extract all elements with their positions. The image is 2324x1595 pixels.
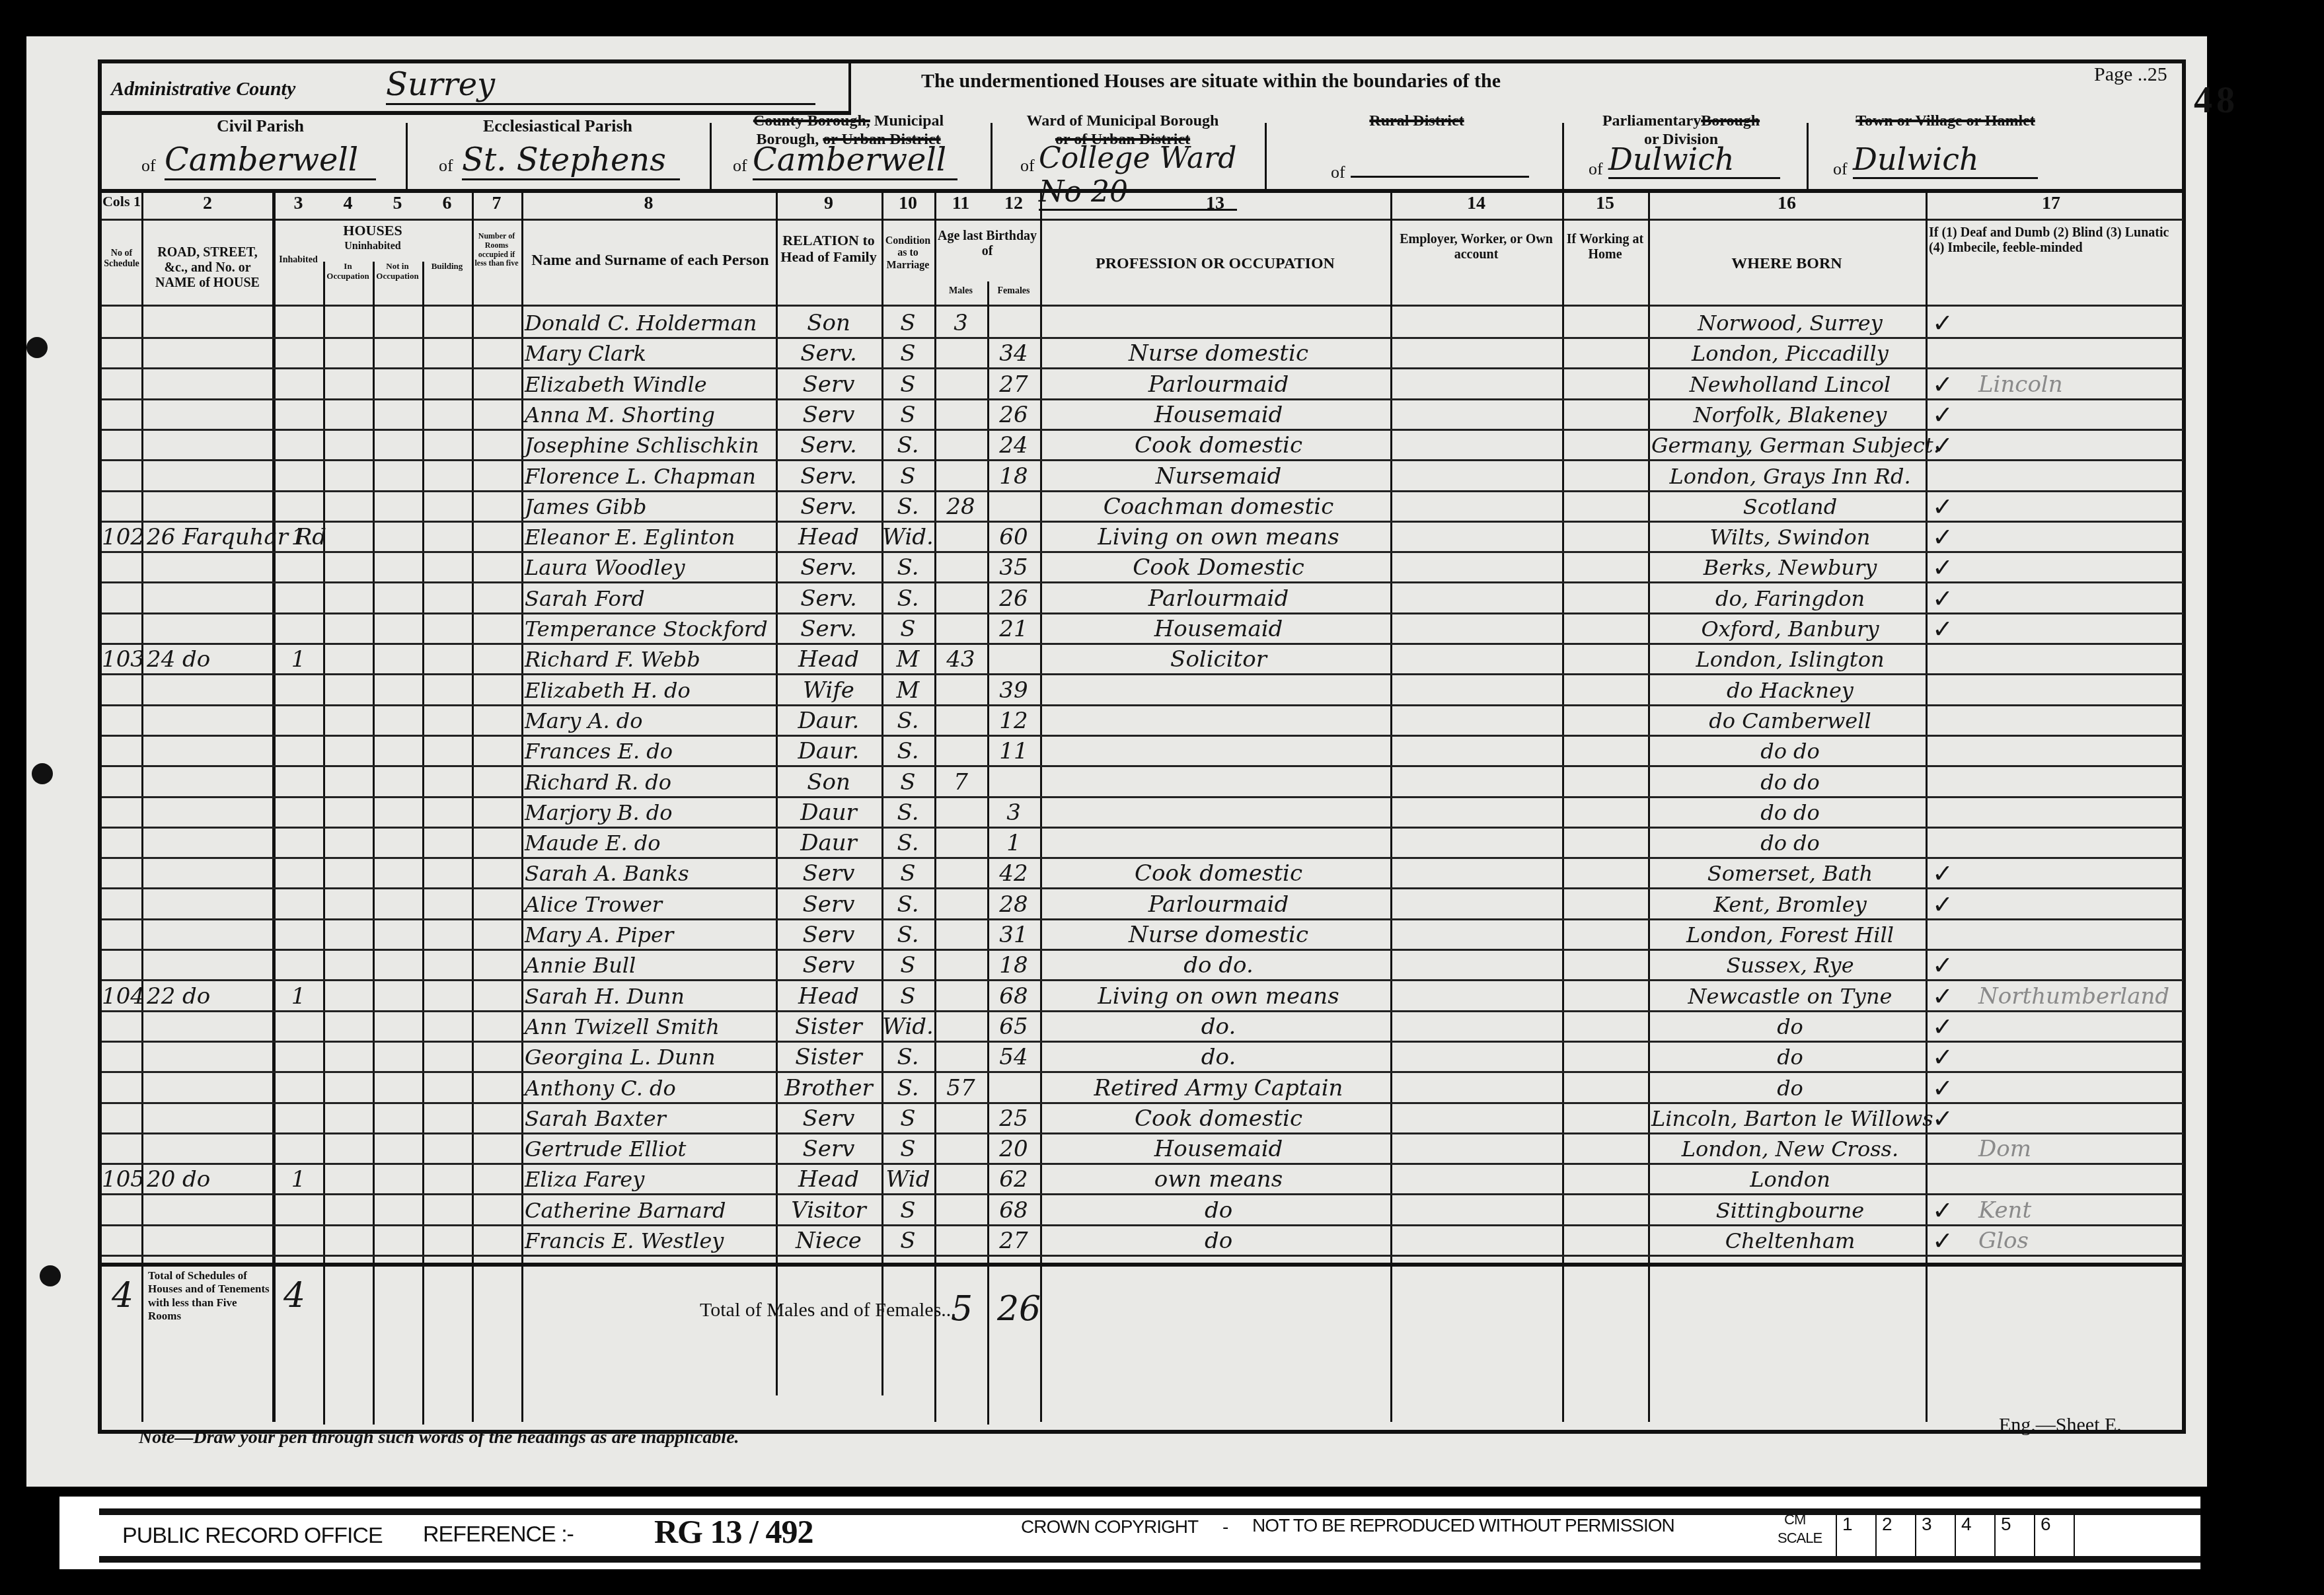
col-number: 5 (373, 193, 422, 214)
address (147, 400, 272, 430)
male-age: 3 (934, 308, 987, 338)
male-age (934, 1195, 987, 1226)
condition: S. (881, 552, 934, 583)
inhabited-count (274, 400, 323, 430)
archive-footer: PUBLIC RECORD OFFICE REFERENCE :- RG 13 … (59, 1497, 2200, 1569)
margin-annotation (1978, 889, 2177, 920)
occupation-header: PROFESSION OR OCCUPATION (1040, 255, 1390, 274)
person-name: Ann Twizell Smith (525, 1012, 776, 1042)
address: 26 Farquhar Rd (147, 522, 272, 552)
occupation (1053, 706, 1384, 736)
inhabited-count (274, 1012, 323, 1042)
relation: Serv. (779, 461, 878, 492)
table-row: 10520 do1Eliza FareyHeadWid62own meansLo… (102, 1164, 2183, 1195)
occupation: Housemaid (1053, 1134, 1384, 1164)
road-header: ROAD, STREET, &c., and No. or NAME of HO… (145, 245, 270, 291)
check-mark-icon: ✓ (1932, 1073, 1972, 1103)
check-mark-icon: ✓ (1932, 369, 1972, 400)
check-mark-icon (1932, 736, 1972, 766)
condition: M (881, 675, 934, 706)
inhabited-count (274, 675, 323, 706)
condition: S (881, 767, 934, 797)
condition: S (881, 308, 934, 338)
female-age (987, 644, 1040, 675)
condition: S (881, 981, 934, 1012)
table-row: Florence L. ChapmanServ.S18NursemaidLond… (102, 461, 2183, 492)
female-age: 39 (987, 675, 1040, 706)
male-age (934, 981, 987, 1012)
where-born: do (1651, 1073, 1929, 1103)
condition: Wid. (881, 1012, 934, 1042)
female-age: 3 (987, 797, 1040, 828)
schedule-number (102, 308, 141, 338)
schedule-number (102, 430, 141, 461)
table-row: Sarah A. BanksServS42Cook domesticSomers… (102, 858, 2183, 889)
male-age: 28 (934, 492, 987, 522)
check-mark-icon: ✓ (1932, 614, 1972, 644)
schedule-number (102, 828, 141, 858)
schedule-number (102, 675, 141, 706)
schedule-number: 105 (102, 1164, 141, 1195)
of-label: of (1331, 163, 1345, 182)
table-row: 10422 do1Sarah H. DunnHeadS68Living on o… (102, 981, 2183, 1012)
margin-annotation (1978, 1012, 2177, 1042)
check-mark-icon (1932, 767, 1972, 797)
table-row: Ann Twizell SmithSisterWid.65do.do✓ (102, 1012, 2183, 1042)
relation: Serv. (779, 583, 878, 614)
person-name: Eleanor E. Eglinton (525, 522, 776, 552)
condition: S (881, 1226, 934, 1256)
col-number: 16 (1648, 193, 1926, 214)
relation: Serv (779, 1103, 878, 1134)
person-name: Gertrude Elliot (525, 1134, 776, 1164)
male-age (934, 1012, 987, 1042)
condition: S (881, 858, 934, 889)
table-row: Donald C. HoldermanSonS3Norwood, Surrey✓ (102, 308, 2183, 338)
borough-value: Camberwell (753, 141, 957, 180)
where-born: do do (1651, 767, 1929, 797)
county-value: Surrey (386, 66, 815, 105)
relation: Daur (779, 797, 878, 828)
schedule-number (102, 338, 141, 369)
male-age (934, 736, 987, 766)
civil-parish-label: Civil Parish (122, 116, 399, 136)
relation: Sister (779, 1042, 878, 1072)
male-age (934, 1226, 987, 1256)
margin-annotation (1978, 1164, 2177, 1195)
working-home-header: If Working at Home (1565, 232, 1645, 262)
margin-annotation (1978, 461, 2177, 492)
male-age (934, 950, 987, 981)
label-text: Ward of Municipal Borough (1027, 112, 1219, 130)
relation: Daur. (779, 736, 878, 766)
margin-annotation (1978, 767, 2177, 797)
occupation (1053, 675, 1384, 706)
inhabited-count (274, 1073, 323, 1103)
male-age (934, 583, 987, 614)
struck-text: Town or Village or Hamlet (1855, 112, 2035, 130)
condition: Wid (881, 1164, 934, 1195)
margin-annotation (1978, 950, 2177, 981)
where-born: London, Grays Inn Rd. (1651, 461, 1929, 492)
address (147, 706, 272, 736)
check-mark-icon (1932, 828, 1972, 858)
page-number: 25 (2148, 63, 2167, 85)
check-mark-icon: ✓ (1932, 1226, 1972, 1256)
male-age (934, 675, 987, 706)
schedules-total: 4 (112, 1276, 133, 1316)
separator: - (1222, 1516, 1228, 1538)
relation: Son (779, 767, 878, 797)
margin-annotation (1978, 583, 2177, 614)
schedule-number (102, 797, 141, 828)
male-age (934, 797, 987, 828)
condition: S (881, 1103, 934, 1134)
condition: S (881, 400, 934, 430)
condition: S. (881, 889, 934, 920)
margin-annotation (1978, 644, 2177, 675)
person-name: Richard R. do (525, 767, 776, 797)
inhabited-count: 1 (274, 981, 323, 1012)
condition: S. (881, 920, 934, 950)
of-label: of (1020, 156, 1035, 176)
table-row: Maude E. doDaurS.1do do (102, 828, 2183, 858)
condition: S. (881, 828, 934, 858)
check-mark-icon (1932, 920, 1972, 950)
female-age: 31 (987, 920, 1040, 950)
relation: Serv. (779, 430, 878, 461)
inhabited-count (274, 1226, 323, 1256)
inhabited-count (274, 889, 323, 920)
check-mark-icon: ✓ (1932, 430, 1972, 461)
female-age: 20 (987, 1134, 1040, 1164)
person-name: Sarah Baxter (525, 1103, 776, 1134)
binder-hole (32, 763, 53, 784)
scale-tick-end (2074, 1514, 2075, 1556)
occupation: do. (1053, 1012, 1384, 1042)
occupation: Housemaid (1053, 400, 1384, 430)
occupation: Solicitor (1053, 644, 1384, 675)
schedule-number: 104 (102, 981, 141, 1012)
male-age (934, 338, 987, 369)
label-text: Parliamentary (1602, 112, 1701, 130)
inhabited-count (274, 1134, 323, 1164)
of-label: of (733, 156, 747, 176)
occupation: Living on own means (1053, 981, 1384, 1012)
table-row: Josephine SchlischkinServ.S.24Cook domes… (102, 430, 2183, 461)
male-age: 7 (934, 767, 987, 797)
address (147, 767, 272, 797)
town-value: Dulwich (1853, 141, 2038, 179)
person-name: Sarah A. Banks (525, 858, 776, 889)
inhabited-count (274, 583, 323, 614)
occupation: Cook domestic (1053, 858, 1384, 889)
table-row: James GibbServ.S.28Coachman domesticScot… (102, 492, 2183, 522)
page-indicator: Page ..25 (2094, 63, 2167, 86)
scale-label-cm: CM (1784, 1511, 1805, 1528)
sheet-label: Eng.—Sheet E. (1999, 1414, 2122, 1436)
where-born: Newcastle on Tyne (1651, 981, 1929, 1012)
relation: Head (779, 644, 878, 675)
female-age: 28 (987, 889, 1040, 920)
ecclesiastical-parish-value: St. Stephens (462, 141, 680, 180)
where-born: London, New Cross. (1651, 1134, 1929, 1164)
address (147, 950, 272, 981)
where-born: London, Islington (1651, 644, 1929, 675)
scale-tick: 5 (1994, 1514, 2033, 1556)
check-mark-icon (1932, 338, 1972, 369)
schedule-number (102, 1012, 141, 1042)
condition: S. (881, 492, 934, 522)
occupation: do do. (1053, 950, 1384, 981)
table-row: Richard R. doSonS7do do (102, 767, 2183, 797)
where-born: Germany, German Subject. (1651, 430, 1929, 461)
infirmity-header: If (1) Deaf and Dumb (2) Blind (3) Lunat… (1929, 225, 2173, 256)
occupation (1053, 736, 1384, 766)
schedule-number (102, 767, 141, 797)
address (147, 430, 272, 461)
margin-annotation: Glos (1978, 1226, 2177, 1256)
struck-text: County Borough, (753, 112, 870, 130)
census-form: Administrative County Surrey The underme… (98, 59, 2186, 1434)
females-total: 26 (997, 1289, 1041, 1329)
schedule-number (102, 1195, 141, 1226)
scale-tick: 2 (1875, 1514, 1914, 1556)
inhabited-count (274, 492, 323, 522)
female-age (987, 767, 1040, 797)
where-born: Oxford, Banbury (1651, 614, 1929, 644)
inhabited-count (274, 552, 323, 583)
male-age (934, 1134, 987, 1164)
label-text: Municipal (874, 112, 944, 130)
male-age (934, 430, 987, 461)
occupation: Nurse domestic (1053, 338, 1384, 369)
col-number: 12 (987, 193, 1040, 214)
relation: Head (779, 981, 878, 1012)
table-row: Elizabeth WindleServS27ParlourmaidNewhol… (102, 369, 2183, 400)
margin-annotation (1978, 736, 2177, 766)
occupation: Parlourmaid (1053, 889, 1384, 920)
address (147, 1195, 272, 1226)
condition: S. (881, 430, 934, 461)
check-mark-icon: ✓ (1932, 308, 1972, 338)
female-age: 27 (987, 1226, 1040, 1256)
address (147, 1042, 272, 1072)
males-females-total-label: Total of Males and of Females... (700, 1299, 956, 1321)
schedule-number (102, 369, 141, 400)
where-born: do do (1651, 828, 1929, 858)
table-row: Sarah FordServ.S.26Parlourmaiddo, Faring… (102, 583, 2183, 614)
schedules-total-label: Total of Schedules of Houses and of Tene… (148, 1269, 270, 1323)
inhabited-count (274, 797, 323, 828)
person-name: Maude E. do (525, 828, 776, 858)
employer-header: Employer, Worker, or Own account (1394, 232, 1559, 262)
margin-annotation (1978, 828, 2177, 858)
relation: Brother (779, 1073, 878, 1103)
where-born: Berks, Newbury (1651, 552, 1929, 583)
occupation: Living on own means (1053, 522, 1384, 552)
schedule-number (102, 736, 141, 766)
of-label: of (141, 156, 156, 176)
female-age: 42 (987, 858, 1040, 889)
col-number: Cols 1 (102, 193, 141, 210)
address (147, 338, 272, 369)
schedule-number (102, 1103, 141, 1134)
houses-total: 4 (283, 1276, 305, 1316)
margin-annotation (1978, 492, 2177, 522)
check-mark-icon: ✓ (1932, 889, 1972, 920)
males-total: 5 (951, 1289, 973, 1329)
table-row: 10226 Farquhar Rd1Eleanor E. EglintonHea… (102, 522, 2183, 552)
margin-annotation (1978, 552, 2177, 583)
person-name: Florence L. Chapman (525, 461, 776, 492)
table-row: Gertrude ElliotServS20HousemaidLondon, N… (102, 1134, 2183, 1164)
where-born: do (1651, 1042, 1929, 1072)
margin-annotation (1978, 920, 2177, 950)
where-born: Newholland Lincol (1651, 369, 1929, 400)
condition: Wid. (881, 522, 934, 552)
male-age (934, 889, 987, 920)
inhabited-count (274, 430, 323, 461)
where-born: Kent, Bromley (1651, 889, 1929, 920)
inhabited-count (274, 828, 323, 858)
person-name: Elizabeth Windle (525, 369, 776, 400)
male-age: 57 (934, 1073, 987, 1103)
check-mark-icon: ✓ (1932, 858, 1972, 889)
check-mark-icon (1932, 675, 1972, 706)
scale-tick: 3 (1915, 1514, 1953, 1556)
occupation (1053, 308, 1384, 338)
inhabited-count (274, 1103, 323, 1134)
check-mark-icon: ✓ (1932, 981, 1972, 1012)
margin-annotation (1978, 308, 2177, 338)
inhabited-count (274, 1042, 323, 1072)
male-age (934, 858, 987, 889)
schedule-number (102, 1226, 141, 1256)
ecclesiastical-parish-label: Ecclesiastical Parish (412, 116, 703, 136)
col-number: 15 (1562, 193, 1648, 214)
person-name: Anthony C. do (525, 1073, 776, 1103)
relation: Serv (779, 369, 878, 400)
check-mark-icon (1932, 706, 1972, 736)
person-name: Catherine Barnard (525, 1195, 776, 1226)
row-rule (102, 1255, 2183, 1257)
address (147, 552, 272, 583)
person-name: Sarah Ford (525, 583, 776, 614)
males-header: Males (934, 286, 987, 297)
table-row: Temperance StockfordServ.S21HousemaidOxf… (102, 614, 2183, 644)
reproduction-notice: NOT TO BE REPRODUCED WITHOUT PERMISSION (1252, 1515, 1674, 1536)
relation: Niece (779, 1226, 878, 1256)
public-record-office: PUBLIC RECORD OFFICE (122, 1523, 383, 1549)
table-row: Anna M. ShortingServS26HousemaidNorfolk,… (102, 400, 2183, 430)
table-row: Mary A. doDaur.S.12do Camberwell (102, 706, 2183, 736)
inhabited-count (274, 338, 323, 369)
margin-annotation (1978, 430, 2177, 461)
schedule-number (102, 400, 141, 430)
male-age (934, 1042, 987, 1072)
relation: Serv (779, 920, 878, 950)
table-row: Anthony C. doBrotherS.57Retired Army Cap… (102, 1073, 2183, 1103)
binder-hole (26, 337, 48, 358)
where-born: Somerset, Bath (1651, 858, 1929, 889)
female-age: 25 (987, 1103, 1040, 1134)
condition: S (881, 1195, 934, 1226)
person-name: Anna M. Shorting (525, 400, 776, 430)
female-age (987, 1073, 1040, 1103)
where-born: London, Piccadilly (1651, 338, 1929, 369)
address (147, 614, 272, 644)
struck-text: Borough (1701, 112, 1760, 130)
relation: Serv (779, 889, 878, 920)
female-age: 1 (987, 828, 1040, 858)
table-row: Alice TrowerServS.28ParlourmaidKent, Bro… (102, 889, 2183, 920)
schedule-number (102, 920, 141, 950)
reference-value: RG 13 / 492 (654, 1512, 813, 1551)
address (147, 920, 272, 950)
margin-annotation (1978, 338, 2177, 369)
where-born: Wilts, Swindon (1651, 522, 1929, 552)
check-mark-icon (1932, 797, 1972, 828)
struck-text: Rural District (1369, 112, 1464, 130)
schedule-number: 102 (102, 522, 141, 552)
where-born: do do (1651, 736, 1929, 766)
occupation: do. (1053, 1042, 1384, 1072)
of-label: of (1589, 159, 1603, 179)
margin-annotation (1978, 706, 2177, 736)
person-name: James Gibb (525, 492, 776, 522)
person-name: Josephine Schlischkin (525, 430, 776, 461)
occupation (1053, 767, 1384, 797)
rural-district-label: Rural District (1278, 112, 1556, 131)
table-row: Mary A. PiperServS.31Nurse domesticLondo… (102, 920, 2183, 950)
table-row: Sarah BaxterServS25Cook domesticLincoln,… (102, 1103, 2183, 1134)
relation: Wife (779, 675, 878, 706)
where-born: Lincoln, Barton le Willows (1651, 1103, 1929, 1134)
condition: S (881, 338, 934, 369)
person-name: Marjory B. do (525, 797, 776, 828)
margin-annotation (1978, 614, 2177, 644)
male-age (934, 614, 987, 644)
occupation: own means (1053, 1164, 1384, 1195)
female-age: 68 (987, 981, 1040, 1012)
occupation: Parlourmaid (1053, 369, 1384, 400)
condition: S (881, 614, 934, 644)
margin-annotation: Northumberland (1978, 981, 2177, 1012)
condition: S (881, 369, 934, 400)
male-age (934, 400, 987, 430)
male-age (934, 552, 987, 583)
age-header: Age last Birthday of (934, 229, 1040, 259)
schedule-number: 103 (102, 644, 141, 675)
inhabited-count (274, 858, 323, 889)
in-occupation-header: In Occupation (323, 262, 373, 281)
binder-hole (40, 1265, 61, 1286)
address (147, 1134, 272, 1164)
address (147, 492, 272, 522)
address (147, 736, 272, 766)
col-number: 7 (472, 193, 521, 214)
col-number: 13 (1040, 193, 1390, 214)
address (147, 461, 272, 492)
female-age (987, 492, 1040, 522)
check-mark-icon: ✓ (1932, 1042, 1972, 1072)
female-age: 68 (987, 1195, 1040, 1226)
condition: S. (881, 1073, 934, 1103)
male-age (934, 920, 987, 950)
occupation (1053, 797, 1384, 828)
table-row: 10324 do1Richard F. WebbHeadM43Solicitor… (102, 644, 2183, 675)
